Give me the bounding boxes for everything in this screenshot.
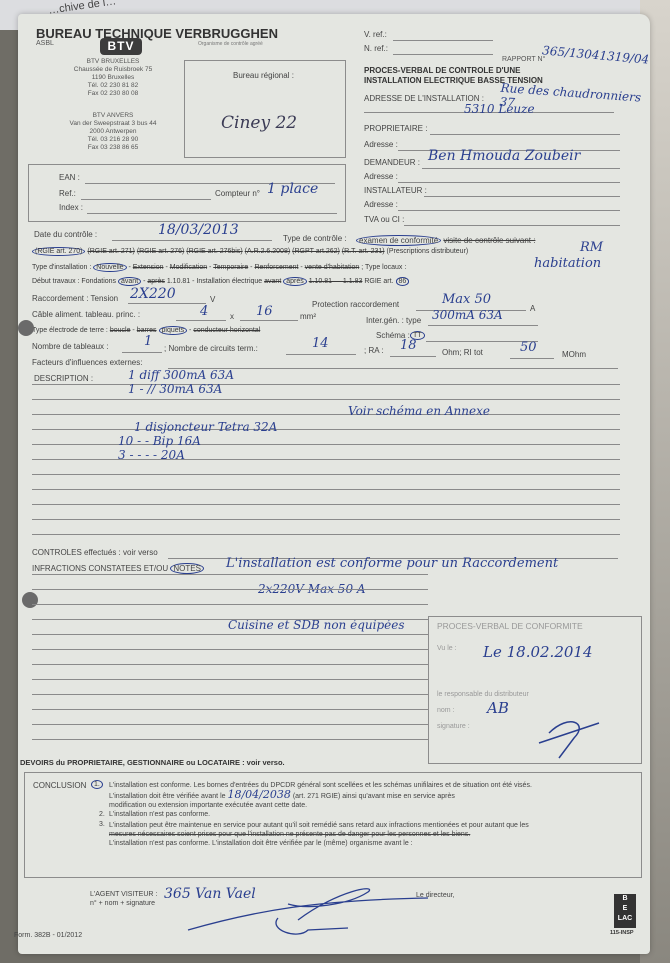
ruled-line [32, 504, 620, 505]
cable-label: Câble aliment. tableau. princ. : [32, 310, 140, 319]
control-date-value[interactable]: 18/03/2013 [158, 222, 239, 238]
ruled-line [32, 474, 620, 475]
external-factors-label: Facteurs d'influences externes: [32, 358, 142, 367]
requester-label: DEMANDEUR : [364, 158, 420, 167]
ruled-line [32, 694, 428, 695]
seen-label: Vu le : [437, 645, 457, 652]
btv-logo: BTV [100, 38, 142, 55]
works-label: Début travaux : Fondations [32, 278, 116, 285]
article-rgie-276: (RGIE art. 276) [137, 248, 184, 255]
ruled-line [32, 589, 428, 590]
cable-unit: mm² [300, 312, 316, 321]
description-label: DESCRIPTION : [34, 374, 93, 383]
conformity-box: PROCES-VERBAL DE CONFORMITE Vu le : Le 1… [428, 616, 642, 764]
notes-circled[interactable]: NOTES [170, 563, 204, 574]
n-ref-label: N. ref.: [364, 44, 388, 53]
boards-label: Nombre de tableaux : [32, 342, 109, 351]
description-line[interactable]: 1 disjoncteur Tetra 32A [134, 420, 277, 434]
control-type-options: examen de conformité visite de contrôle … [356, 236, 535, 245]
works-mid: 1.10.81 - Installation électrique [167, 278, 262, 285]
conclusion-item-2: L'installation n'est pas conforme. [109, 811, 210, 818]
regional-office-box: Bureau régional : Ciney 22 [184, 60, 346, 158]
conclusion-item-3-number: 3. [99, 821, 105, 828]
belac-logo: B E LAC [614, 894, 636, 928]
circuits-value[interactable]: 14 [312, 336, 329, 351]
regional-office-label: Bureau régional : [233, 71, 294, 80]
ra-unit: Ohm; RI tot [442, 348, 483, 357]
main-switch-value[interactable]: 300mA 63A [432, 308, 503, 322]
distributor-signature [529, 703, 609, 763]
duties-text: DEVOIRS du PROPRIETAIRE, GESTIONNAIRE ou… [20, 758, 285, 767]
office-brussels: BTV BRUXELLES Chaussée de Ruisbroek 75 1… [48, 58, 178, 98]
installation-address-line2[interactable]: 5310 Leuze [464, 102, 535, 116]
premises-label: ; Type locaux : [361, 264, 406, 271]
main-switch-label: Inter.gén. : type [366, 316, 421, 325]
works-start-row: Début travaux : Fondations avant - après… [32, 278, 409, 285]
works-article[interactable]: 86 [396, 277, 410, 286]
ra-label: ; RA : [364, 346, 384, 355]
description-note[interactable]: Voir schéma en Annexe [348, 404, 490, 418]
protection-label: Protection raccordement [312, 300, 399, 309]
ruled-line [32, 489, 620, 490]
article-rgie-271: (RGIE art. 271) [87, 248, 134, 255]
distributor-value[interactable]: RM [580, 240, 603, 255]
regional-office-value[interactable]: Ciney 22 [221, 113, 297, 133]
premises-value[interactable]: habitation [534, 256, 601, 271]
requester-address-label: Adresse : [364, 172, 398, 181]
counter-label: Compteur n° [215, 189, 260, 198]
company-tagline: Organisme de contrôle agréé [198, 41, 263, 47]
voltage-unit: V [210, 295, 215, 304]
install-type-modification: Modification [170, 264, 207, 271]
ri-value[interactable]: 50 [520, 340, 537, 355]
regulation-articles: (RGIE art. 270) (RGIE art. 271) (RGIE ar… [32, 248, 468, 255]
belac-code: 115-INSP [610, 930, 634, 936]
infractions-label: INFRACTIONS CONSTATEES ET/OU NOTES [32, 564, 204, 573]
ruled-line [32, 414, 620, 415]
install-type-extension: Extension [133, 264, 164, 271]
earth-electrode-row: Type électrode de terre : boucle - barre… [32, 327, 260, 334]
agent-label: L'AGENT VISITEUR : n° + nom + signature [90, 890, 157, 908]
conclusion-item-2-number: 2. [99, 811, 105, 818]
ruled-line [32, 574, 428, 575]
protection-value[interactable]: Max 50 [442, 292, 491, 307]
protection-unit: A [530, 304, 535, 313]
ruled-line [32, 739, 428, 740]
conclusion-item-3: L'installation peut être maintenue en se… [109, 821, 639, 848]
seen-value[interactable]: Le 18.02.2014 [483, 643, 593, 661]
ruled-line [32, 649, 428, 650]
report-number-label: RAPPORT N° [502, 56, 545, 63]
control-type-selected[interactable]: examen de conformité [356, 235, 441, 246]
installer-label: INSTALLATEUR : [364, 186, 427, 195]
ruled-line [32, 604, 428, 605]
ra-value[interactable]: 18 [400, 338, 417, 353]
ruled-line [32, 384, 620, 385]
earth-stakes[interactable]: piquets [159, 326, 188, 335]
form-number: Form. 382B - 01/2012 [14, 932, 82, 939]
install-type-label: Type d'installation : [32, 264, 91, 271]
foundations-after: après [147, 278, 165, 285]
requester-value[interactable]: Ben Hmouda Zoubeir [428, 148, 580, 164]
ruled-line [32, 634, 428, 635]
description-line[interactable]: 3 - - - - 20A [118, 448, 185, 462]
install-after[interactable]: après [283, 277, 307, 286]
ean-label: EAN : [59, 173, 80, 182]
connection-label: Raccordement : Tension [32, 294, 118, 303]
revalidation-date[interactable]: 18/04/2038 [227, 788, 290, 801]
index-label: Index : [59, 203, 83, 212]
vat-label: TVA ou CI : [364, 215, 404, 224]
punch-hole [22, 592, 38, 608]
ruled-line [32, 619, 428, 620]
install-type-reinforcement: Renforcement [254, 264, 298, 271]
article-distributor: (Prescriptions distributeur) [387, 248, 469, 255]
ruled-line [32, 664, 428, 665]
ruled-line [32, 519, 620, 520]
signature-label: signature : [437, 723, 470, 730]
ruled-line [32, 429, 620, 430]
cable-x: x [230, 312, 234, 321]
ref-label: Ref.: [59, 189, 76, 198]
boards-value[interactable]: 1 [144, 334, 152, 349]
description-line[interactable]: 1 diff 300mA 63A [128, 368, 234, 382]
article-rgie-276bis: (RGIE art. 276bis) [186, 248, 242, 255]
cable-cores[interactable]: 4 [200, 304, 208, 319]
inspection-report-page: BUREAU TECHNIQUE VERBRUGGHEN ASBL BTV Or… [18, 14, 650, 954]
cable-section[interactable]: 16 [256, 304, 273, 319]
foundations-before[interactable]: avant [118, 277, 141, 286]
ruled-line [32, 399, 620, 400]
ruled-line [32, 679, 428, 680]
conclusion-box: CONCLUSION 1. L'installation est conform… [24, 772, 642, 878]
counter-value[interactable]: 1 place [267, 181, 318, 197]
ruled-line [32, 724, 428, 725]
report-number[interactable]: 365/13041319/04 [542, 43, 650, 66]
ruled-line [32, 709, 428, 710]
owner-label: PROPRIETAIRE : [364, 124, 427, 133]
control-date-label: Date du contrôle : [34, 230, 97, 239]
conformity-title: PROCES-VERBAL DE CONFORMITE [437, 621, 583, 631]
office-antwerp: BTV ANVERS Van der Sweepstraat 3 bus 44 … [48, 112, 178, 152]
description-line[interactable]: 10 - - Bip 16A [118, 434, 201, 448]
v-ref-label: V. ref.: [364, 30, 387, 39]
description-line[interactable]: 1 - // 30mA 63A [128, 382, 222, 396]
meter-box: EAN : Ref.: Compteur n° 1 place Index : [28, 164, 346, 222]
install-type-sale: vente d'habitation [305, 264, 360, 271]
installer-address-label: Adresse : [364, 200, 398, 209]
install-before: avant [264, 278, 281, 285]
conclusion-selected[interactable]: 1. [91, 780, 103, 789]
article-rgpt-262: (RGPT art.262) [292, 248, 340, 255]
ruled-line [32, 534, 620, 535]
works-tail: RGIE art. [364, 278, 393, 285]
earth-label: Type électrode de terre : [32, 327, 108, 334]
company-name: BUREAU TECHNIQUE VERBRUGGHEN [36, 26, 278, 41]
conclusion-label: CONCLUSION [33, 781, 86, 790]
conclusion-item-1: L'installation est conforme. Les bornes … [109, 781, 639, 810]
legal-form: ASBL [36, 40, 54, 47]
controls-label: CONTROLES effectués : voir verso [32, 548, 158, 557]
article-ar-2008: (A.R.2.6.2008) [245, 248, 291, 255]
circuits-label: ; Nombre de circuits term.: [164, 344, 258, 353]
name-label: nom : [437, 707, 455, 714]
earth-horizontal: conducteur horizontal [193, 327, 260, 334]
owner-address-label: Adresse : [364, 140, 398, 149]
install-type-new[interactable]: Nouvelle [93, 263, 126, 272]
punch-hole [18, 320, 34, 336]
works-tail-struck: 1.10.81 — 1.1.83 [309, 278, 363, 285]
infraction-line[interactable]: Cuisine et SDB non équipées [228, 618, 405, 632]
director-signature [178, 880, 438, 944]
director-label: Le directeur, [416, 892, 455, 899]
article-rt-231: (R.T. art. 231) [342, 248, 385, 255]
ri-unit: MOhm [562, 350, 586, 359]
earth-loop: boucle [110, 327, 131, 334]
responsible-label: le responsable du distributeur [437, 691, 529, 698]
install-type-temporary: Temporaire [213, 264, 248, 271]
earth-bars: barres [137, 327, 157, 334]
infraction-line[interactable]: L'installation est conforme pour un Racc… [226, 556, 558, 571]
control-type-label: Type de contrôle : [283, 234, 347, 243]
voltage-value[interactable]: 2X220 [130, 286, 176, 302]
article-rgie-270[interactable]: (RGIE art. 270) [32, 247, 85, 256]
control-type-struck: visite de contrôle suivant : [443, 236, 535, 245]
installation-type-row: Type d'installation : Nouvelle - Extensi… [32, 264, 406, 271]
name-value[interactable]: AB [487, 699, 509, 717]
